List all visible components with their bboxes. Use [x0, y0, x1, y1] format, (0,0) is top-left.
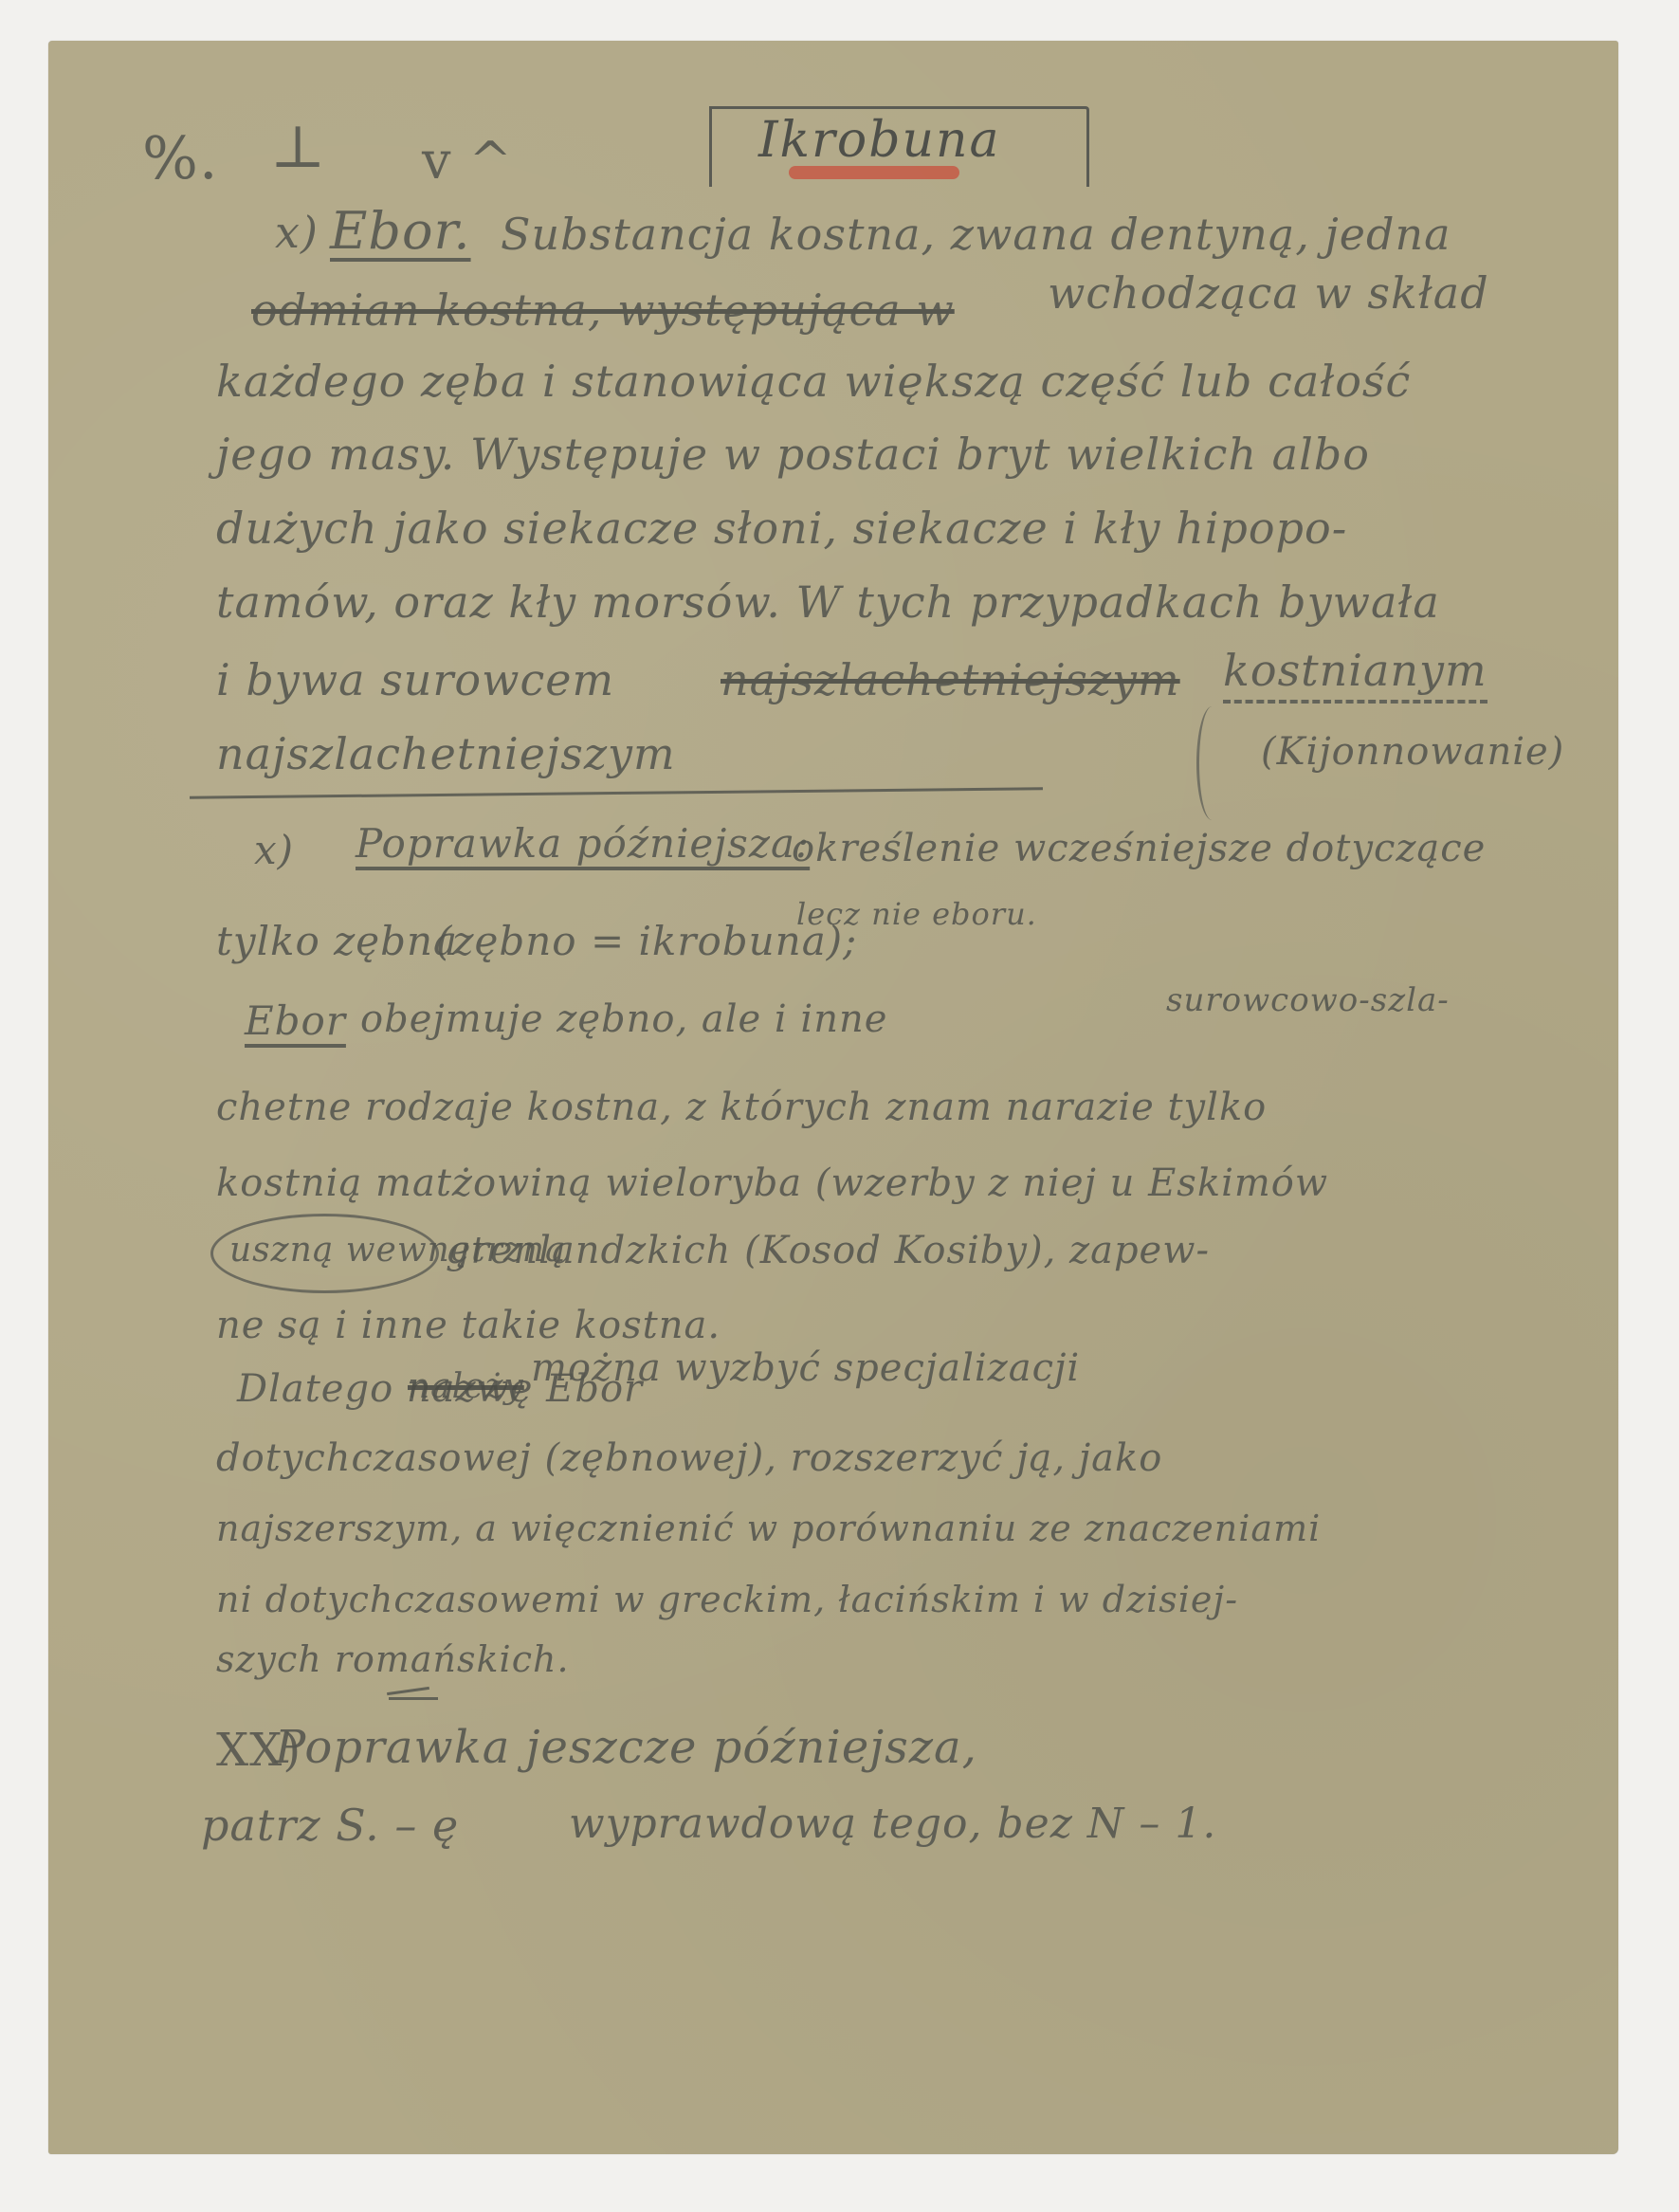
section2-line: grenlandzkich (Kosod Kosiby), zapew-: [446, 1229, 1210, 1272]
section2-struck-word: należy: [408, 1367, 524, 1406]
separator-mark: [389, 1697, 438, 1700]
title-red-underline: [789, 166, 959, 179]
section2-line: (zębno = ikrobuna);: [436, 918, 857, 964]
section1-line: i bywa surowcem: [216, 654, 614, 705]
section3-line: wyprawdową tego, bez N – 1.: [569, 1800, 1216, 1848]
section2-line: lecz nie eboru.: [796, 896, 1037, 932]
section1-term: Ebor.: [330, 201, 471, 261]
proof-mark-perpendicular: ⊥: [270, 112, 326, 181]
section1-line: dużych jako siekacze słoni, siekacze i k…: [216, 503, 1347, 554]
section1-line: tamów, oraz kły morsów. W tych przypadka…: [216, 576, 1440, 628]
section2-marker: x): [254, 827, 294, 873]
proof-mark-caret: v ^: [422, 131, 513, 191]
section1-line: wchodząca w skład: [1048, 267, 1489, 319]
section2-line: surowcowo-szla-: [1166, 981, 1450, 1019]
margin-note-paren: [1196, 706, 1228, 820]
section2-line: ni dotychczasowemi w greckim, łacińskim …: [216, 1579, 1238, 1620]
margin-note: (Kijonnowanie): [1261, 730, 1564, 774]
section1-line: Substancja kostna, zwana dentyną, jedna: [501, 209, 1451, 260]
section1-struck-word: najszlachetniejszym: [721, 654, 1180, 705]
section3-line: Poprawka jeszcze późniejsza,: [275, 1721, 977, 1774]
section2-line: można wyzbyć specjalizacji: [531, 1346, 1080, 1390]
section1-line-struck: odmian kostna, występująca w: [251, 284, 955, 336]
page-title: Ikrobuna: [758, 112, 1000, 169]
section1-line: najszlachetniejszym: [216, 728, 676, 779]
section2-line: kostnią matżowiną wieloryba (wzerby z ni…: [216, 1161, 1328, 1205]
proof-mark-percent: %.: [142, 123, 219, 192]
section2-heading: Poprawka późniejsza:: [356, 820, 810, 867]
section1-line: każdego zęba i stanowiąca większą część …: [216, 356, 1411, 407]
section1-line: jego masy. Występuje w postaci bryt wiel…: [216, 429, 1370, 480]
section2-line: szych romańskich.: [216, 1638, 570, 1680]
section2-line: określenie wcześniejsze dotyczące: [792, 827, 1486, 870]
section2-line: najszerszym, a więcznienić w porównaniu …: [216, 1508, 1321, 1549]
section2-line: tylko zębna: [216, 918, 458, 964]
section2-line: dotychczasowej (zębnowej), rozszerzyć ją…: [216, 1436, 1162, 1480]
section3-line: patrz S. – ę: [201, 1800, 459, 1851]
section2-line: chetne rodzaje kostna, z których znam na…: [216, 1086, 1267, 1129]
section1-line: kostnianym: [1223, 645, 1487, 704]
section1-marker: x): [275, 207, 319, 258]
section2-line: ne są i inne takie kostna.: [216, 1304, 721, 1347]
section2-line: obejmuje zębno, ale i inne: [360, 997, 887, 1041]
section2-term: Ebor: [245, 997, 346, 1044]
